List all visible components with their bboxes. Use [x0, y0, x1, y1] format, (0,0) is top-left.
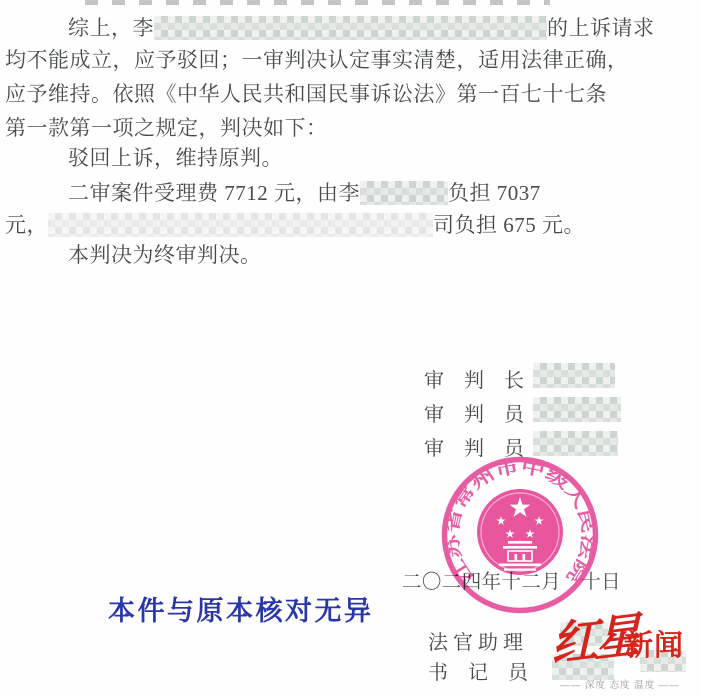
judgment-line-6-post: 负担 7037	[448, 180, 541, 206]
judgment-line-1-post: 的上诉请求	[547, 15, 655, 41]
watermark-bold-text: 新闻	[624, 632, 684, 661]
judgment-line-7: 元，司负担 675 元。	[5, 210, 585, 238]
judgment-line-5: 驳回上诉，维持原判。	[68, 145, 283, 171]
redaction-mosaic-chief-judge-name	[533, 363, 615, 388]
chief-judge-label: 审 判 长	[424, 370, 524, 392]
redaction-mosaic-parties	[154, 16, 547, 40]
judgment-line-1: 综上，李的上诉请求	[68, 13, 655, 41]
judgment-line-4: 第一款第一项之规定，判决如下：	[5, 115, 328, 141]
judgment-line-7-pre: 元，	[5, 212, 48, 238]
chief-judge-row: 审 判 长	[424, 364, 524, 393]
news-watermark-logo: 红星 新闻 —— 深度 态度 温度 ——	[545, 616, 701, 698]
judgment-line-7-post: 司负担 675 元。	[433, 212, 585, 238]
judge-row-1: 审 判 员	[424, 398, 524, 427]
redaction-mosaic-company	[48, 213, 433, 237]
cropped-text-remnant	[85, 0, 550, 5]
redaction-mosaic-appellants	[360, 181, 448, 205]
judge1-label: 审 判 员	[424, 404, 524, 426]
court-seal-stamp: 江苏省常州市中级人民法院	[438, 453, 602, 617]
scanned-judgment-page: 综上，李的上诉请求 均不能成立，应予驳回；一审判决认定事实清楚，适用法律正确， …	[0, 0, 701, 698]
judgment-line-2: 均不能成立，应予驳回；一审判决认定事实清楚，适用法律正确，	[5, 47, 629, 73]
judgment-line-6-pre: 二审案件受理费 7712 元，由李	[68, 180, 360, 206]
verification-stamp: 本件与原本核对无异	[108, 589, 374, 628]
watermark-tagline: —— 深度 态度 温度 ——	[545, 677, 695, 691]
redaction-mosaic-judge1-name	[533, 397, 621, 422]
judgment-line-1-pre: 综上，李	[68, 15, 154, 41]
judgment-line-8: 本判决为终审判决。	[68, 242, 262, 268]
judgment-line-6: 二审案件受理费 7712 元，由李负担 7037	[68, 178, 541, 206]
assistant-judge-label: 法 官 助 理	[428, 632, 523, 654]
national-emblem-icon	[477, 489, 563, 575]
clerk-label: 书 记 员	[428, 662, 528, 684]
assistant-judge-row: 法 官 助 理	[428, 626, 523, 655]
clerk-row: 书 记 员	[428, 656, 528, 685]
judgment-line-3: 应予维持。依照《中华人民共和国民事诉讼法》第一百七十七条	[5, 81, 607, 107]
